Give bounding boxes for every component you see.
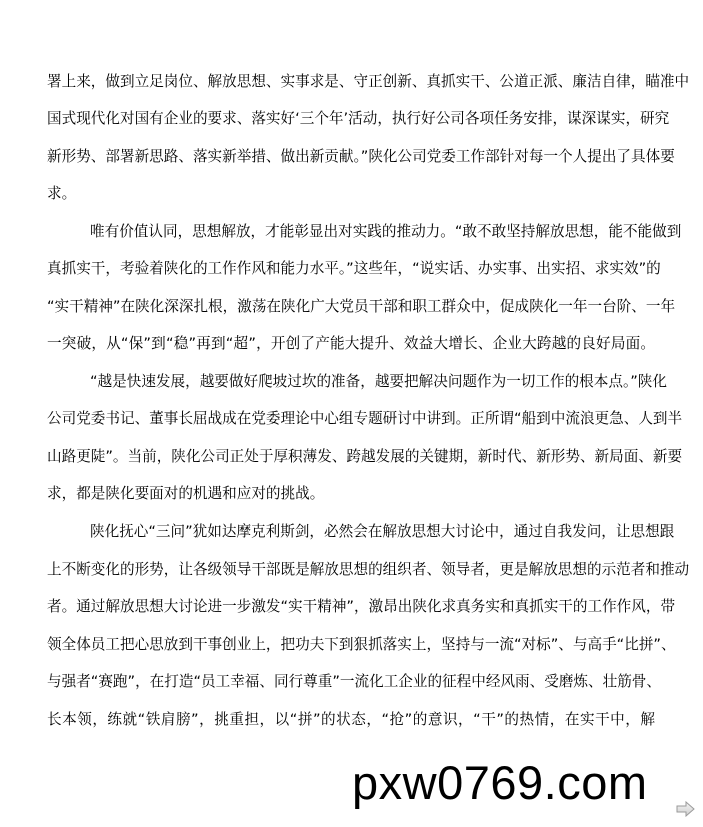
paragraph-first-line: “越是快速发展，越要做好爬坡过坎的准备，越要把解决问题作为一切工作的根本点。”陕… xyxy=(90,372,655,392)
text-line: 山路更陡”。当前，陕化公司正处于厚积薄发、跨越发展的关键期，新时代、新形势、新局… xyxy=(47,447,655,467)
text-line: 署上来，做到立足岗位、解放思想、实事求是、守正创新、真抓实干、公道正派、廉洁自律… xyxy=(47,72,655,92)
paragraph-first-line: 唯有价值认同，思想解放，才能彰显出对实践的推动力。“敢不敢坚持解放思想，能不能做… xyxy=(90,222,655,242)
text-line: 长本领，练就“铁肩膀”，挑重担，以“拼”的状态，“抢”的意识，“干”的热情，在实… xyxy=(47,710,655,730)
text-line: 求，都是陕化要面对的机遇和应对的挑战。 xyxy=(47,484,655,504)
next-page-button[interactable] xyxy=(676,801,696,817)
watermark-text: pxw0769.com xyxy=(352,755,648,811)
text-line: “实干精神”在陕化深深扎根，激荡在陕化广大党员干部和职工群众中，促成陕化一年一台… xyxy=(47,297,655,317)
document-page: 署上来，做到立足岗位、解放思想、实事求是、守正创新、真抓实干、公道正派、廉洁自律… xyxy=(0,0,703,827)
text-line: 公司党委书记、董事长屈战成在党委理论中心组专题研讨中讲到。正所谓“船到中流浪更急… xyxy=(47,409,655,429)
text-line: 一突破，从“保”到“稳”再到“超”，开创了产能大提升、效益大增长、企业大跨越的良… xyxy=(47,334,655,354)
text-line: 与强者“赛跑”，在打造“员工幸福、同行尊重”一流化工企业的征程中经风雨、受磨炼、… xyxy=(47,672,655,692)
text-line: 领全体员工把心思放到干事创业上，把功夫下到狠抓落实上，坚持与一流“对标”、与高手… xyxy=(47,635,655,655)
text-line: 真抓实干，考验着陕化的工作作风和能力水平。”这些年，“说实话、办实事、出实招、求… xyxy=(47,259,655,279)
text-line: 新形势、部署新思路、落实新举措、做出新贡献。”陕化公司党委工作部针对每一个人提出… xyxy=(47,147,655,167)
text-line: 上不断变化的形势，让各级领导干部既是解放思想的组织者、领导者，更是解放思想的示范… xyxy=(47,560,655,580)
arrow-right-icon xyxy=(676,801,696,817)
paragraph-first-line: 陕化抚心“三问”犹如达摩克利斯剑，必然会在解放思想大讨论中，通过自我发问，让思想… xyxy=(90,522,655,542)
text-line: 国式现代化对国有企业的要求、落实好‘三个年’活动，执行好公司各项任务安排，谋深谋… xyxy=(47,109,655,129)
text-line: 求。 xyxy=(47,184,655,204)
text-line: 者。通过解放思想大讨论进一步激发“实干精神”，激昂出陕化求真务实和真抓实干的工作… xyxy=(47,597,655,617)
